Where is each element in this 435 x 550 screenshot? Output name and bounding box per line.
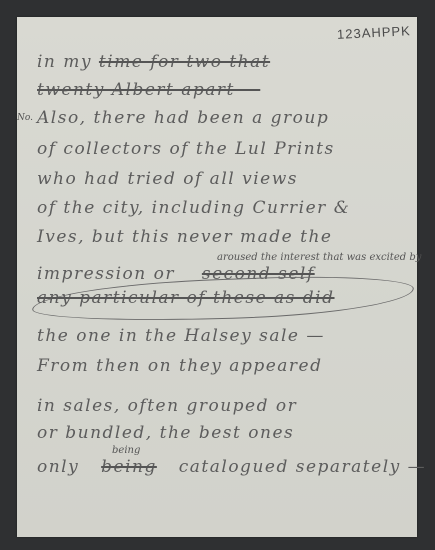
manuscript-line-13: or bundled, the best ones (37, 423, 294, 443)
line-14-text: only (37, 457, 79, 477)
line-8-text: impression or (37, 264, 175, 284)
manuscript-line-7: Ives, but this never made the (37, 227, 332, 247)
manuscript-line-10: the one in the Halsey sale — (37, 326, 325, 346)
manuscript-page: 123AHPPK in my time for two that twenty … (17, 17, 417, 537)
manuscript-line-6: of the city, including Currier & (37, 198, 350, 218)
margin-note: No. (17, 113, 33, 123)
manuscript-line-2: twenty Albert apart — (37, 80, 260, 100)
manuscript-line-11: From then on they appeared (37, 356, 322, 376)
line-1-text: in my (37, 52, 99, 72)
manuscript-line-14: only being catalogued separately — (37, 457, 426, 477)
line-1-struck: time for two that (99, 52, 270, 72)
manuscript-line-5: who had tried of all views (37, 169, 298, 189)
manuscript-line-4: of collectors of the Lul Prints (37, 139, 335, 159)
insertion-text: aroused the interest that was excited by (217, 252, 421, 263)
manuscript-line-12: in sales, often grouped or (37, 396, 297, 416)
manuscript-line-3: Also, there had been a group (37, 108, 329, 128)
line-14-struck: being (101, 457, 157, 477)
manuscript-line-1: in my time for two that (37, 52, 270, 72)
manuscript-line-9: any particular of these as did (37, 288, 335, 308)
insertion-being: being (112, 445, 140, 456)
page-identifier: 123AHPPK (337, 23, 411, 42)
line-14-rest: catalogued separately — (179, 457, 426, 477)
